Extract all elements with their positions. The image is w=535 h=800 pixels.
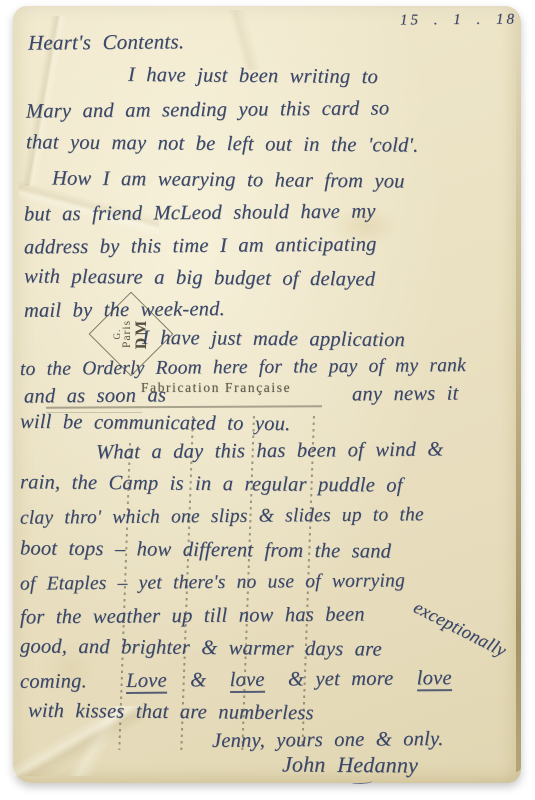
letter-line: clay thro' which one slips & slides up t…: [20, 503, 424, 531]
letter-line: rain, the Camp is in a regular puddle of: [20, 470, 403, 497]
letter-line: will be communicated to you.: [20, 410, 291, 436]
letter-signature: John Hedanny: [282, 752, 418, 777]
letter-word-amp: &: [190, 669, 206, 691]
letter-date: 15 . 1 . 18: [400, 7, 517, 32]
letter-line-split-left: and as soon as: [24, 383, 166, 408]
letter-line: address by this time I am anticipating: [24, 232, 377, 259]
letter-line: for the weather up till now has been: [20, 602, 365, 629]
letter-line: I have just made application: [142, 326, 405, 352]
letter-line: but as friend McLeod should have my: [24, 199, 376, 226]
letter-line: that you may not be left out in the 'col…: [26, 130, 419, 157]
letter-word-love-1: Love: [126, 670, 167, 694]
letter-line: What a day this has been of wind &: [96, 437, 444, 464]
letter-line: with pleasure a big budget of delayed: [24, 264, 375, 291]
crease-top-center: [163, 10, 323, 70]
letter-line: boot tops – how different from the sand: [20, 536, 391, 563]
letter-line-split-right: any news it: [352, 382, 459, 407]
letter-line: I have just been writing to: [128, 63, 378, 89]
letter-line: good, and brighter & warmer days are: [20, 634, 382, 661]
letter-line: to the Orderly Room here for the pay of …: [20, 354, 466, 382]
letter-line: How I am wearying to hear from you: [52, 166, 405, 193]
letter-words-yet-more: & yet more: [288, 668, 394, 691]
letter-word-love-3: love: [417, 667, 452, 691]
letter-word-coming: coming.: [20, 670, 87, 693]
letter-line: Mary and am sending you this card so: [26, 96, 390, 123]
letter-line-love: coming. Love & love & yet more love: [20, 666, 452, 694]
scanned-postcard-page: G. Paris DM Fabrication Française 15 . 1…: [0, 0, 535, 800]
letter-closing: Jenny, yours one & only.: [212, 727, 444, 753]
card-gilt-edge: [516, 46, 521, 772]
signature-flourish: [352, 779, 372, 784]
letter-line: mail by the week-end.: [24, 297, 225, 323]
letter-salutation: Heart's Contents.: [28, 29, 184, 54]
letter-word-love-2: love: [230, 669, 265, 693]
maker-stamp-line2: Paris: [122, 319, 134, 350]
letter-line: of Etaples – yet there's no use of worry…: [20, 569, 405, 596]
letter-line: with kisses that are numberless: [28, 699, 314, 725]
